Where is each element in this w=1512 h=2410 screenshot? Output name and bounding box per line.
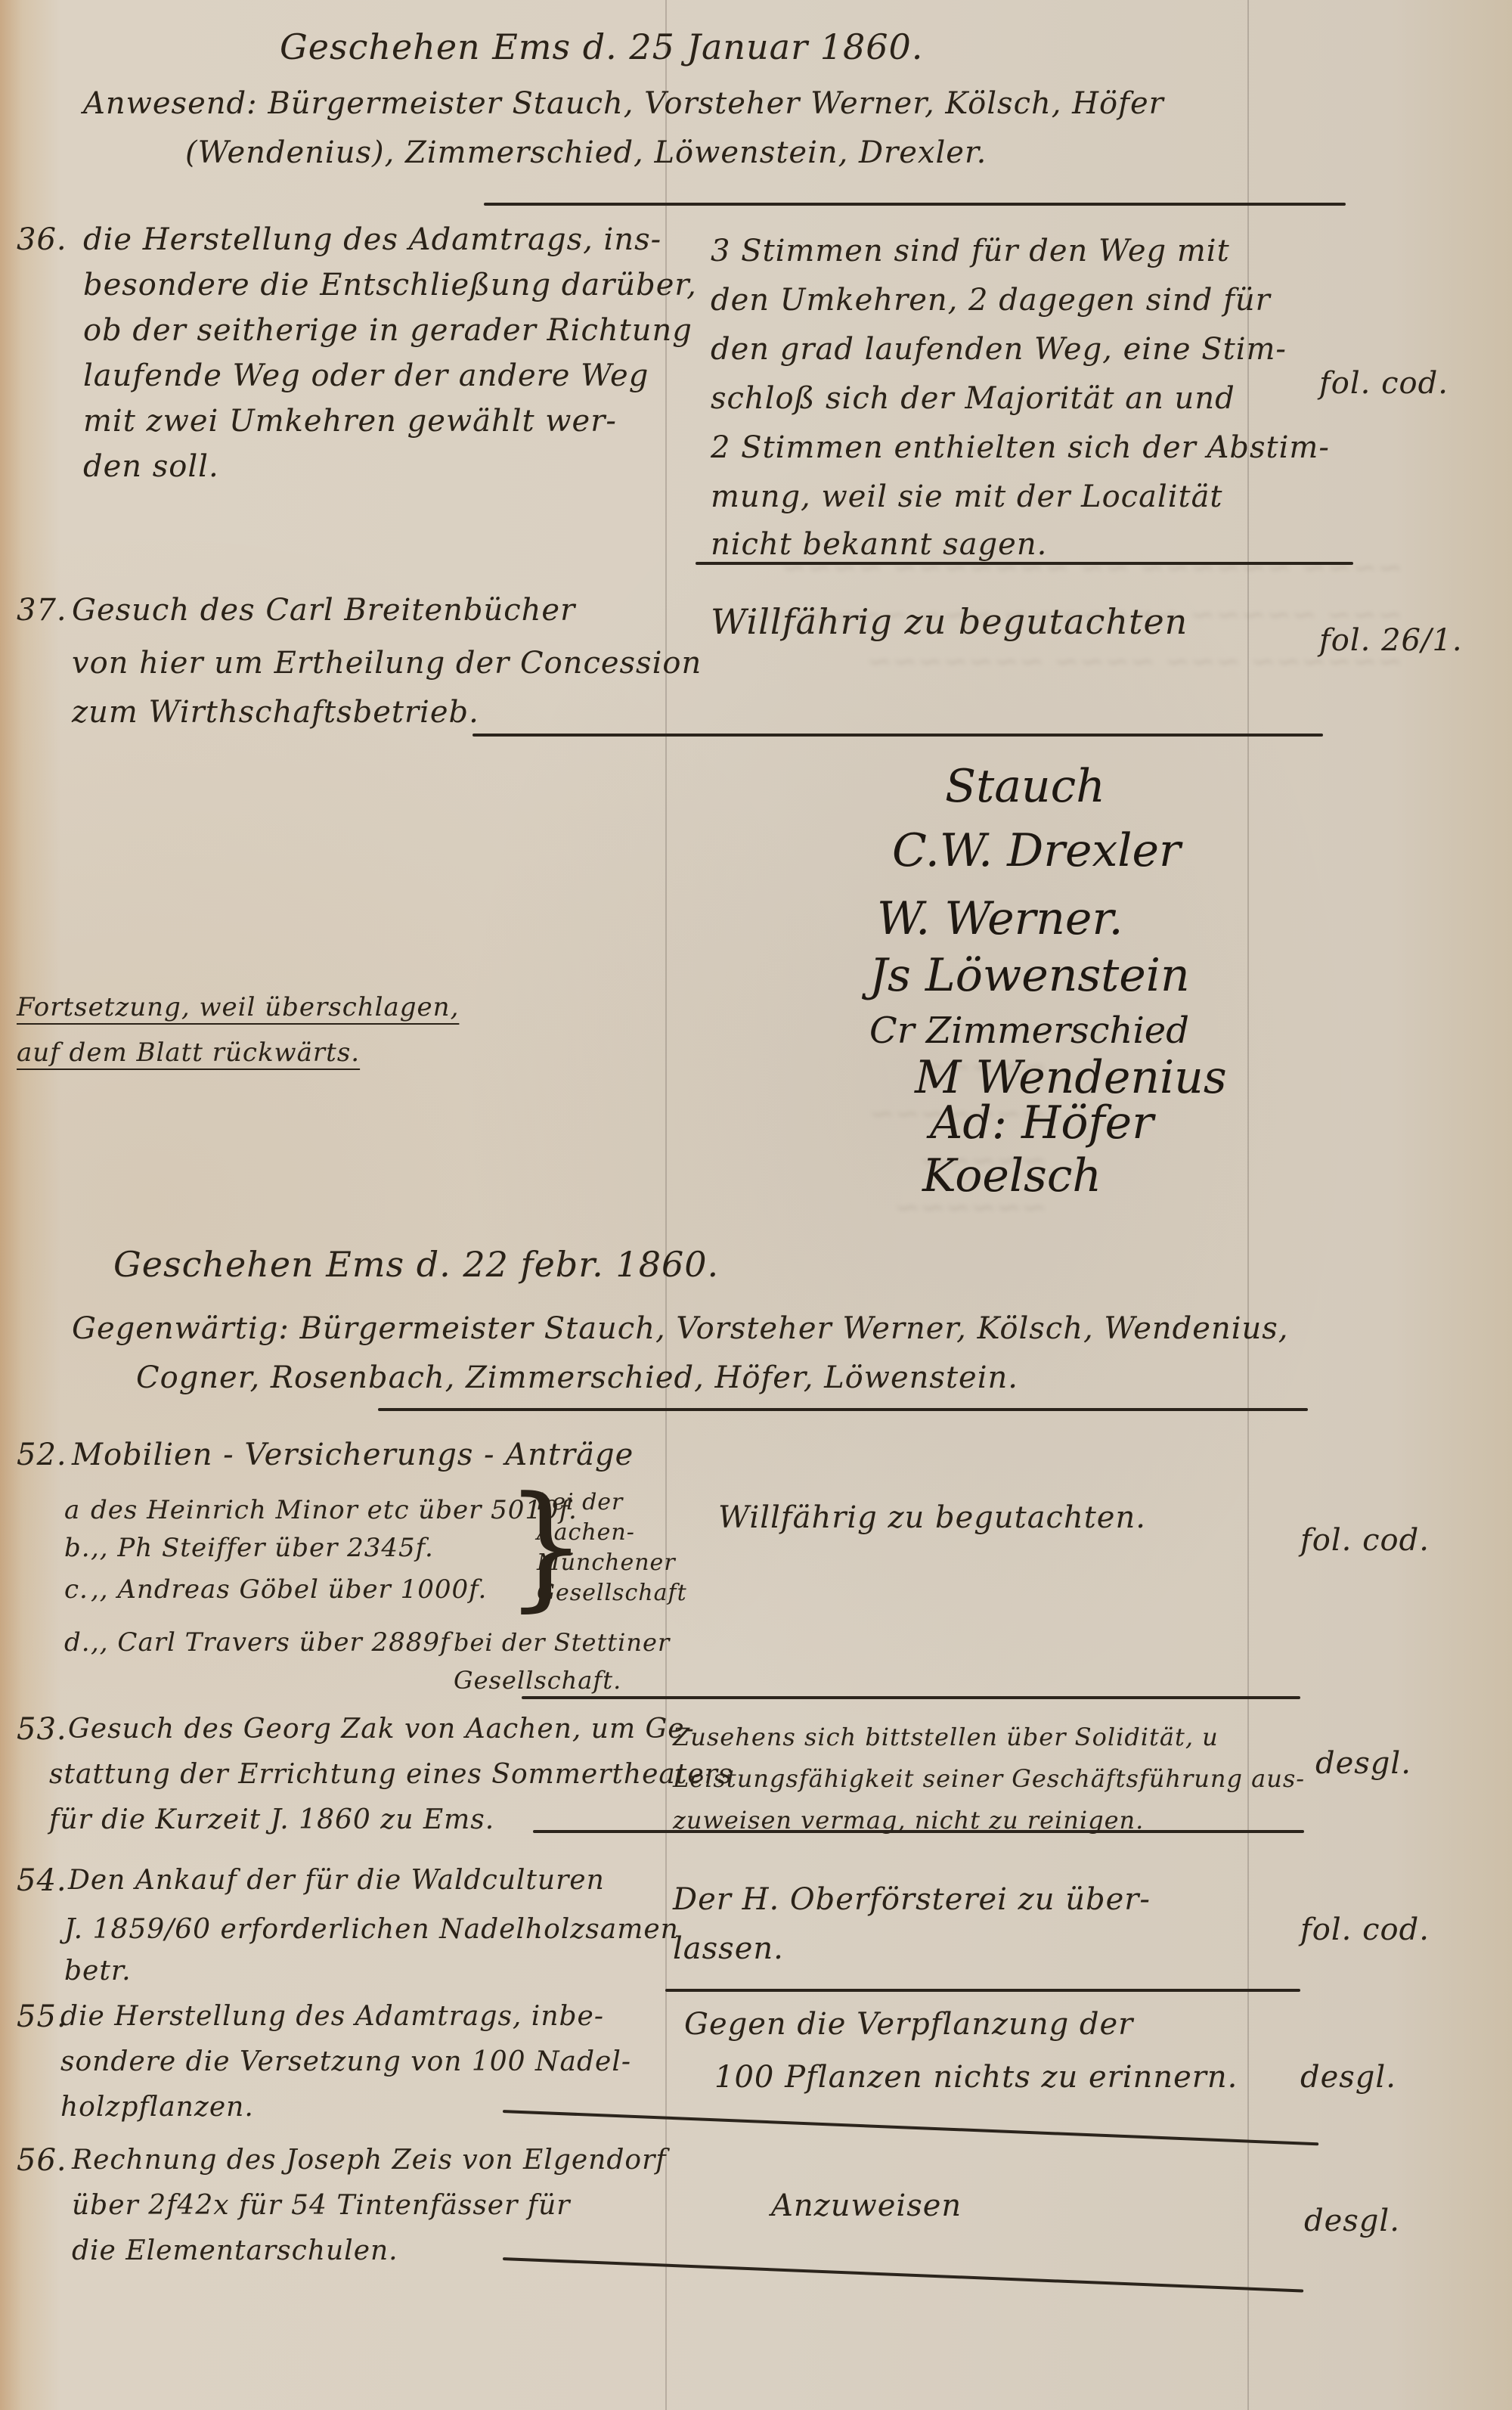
signature: C.W. Drexler bbox=[892, 824, 1181, 877]
item-52-resolution: Willfährig zu begutachten. bbox=[718, 1493, 1146, 1542]
session1-heading: Geschehen Ems d. 25 Januar 1860. bbox=[280, 23, 923, 71]
signature: Cr Zimmerschied bbox=[869, 1010, 1189, 1052]
item-37-resolution: Willfährig zu begutachten bbox=[711, 597, 1188, 646]
item-number: 52. bbox=[17, 1431, 67, 1479]
item-number: 55. bbox=[17, 1993, 67, 2041]
item-number: 37. bbox=[17, 586, 67, 634]
item-reference: fol. 26/1. bbox=[1319, 616, 1463, 665]
column-rule-left bbox=[665, 0, 667, 2410]
session1-attendance: Anwesend: Bürgermeister Stauch, Vorstehe… bbox=[83, 79, 1164, 128]
manuscript-page: ~~~~ ~~~~~~ ~~ ~~~~~~~ ~~~~ ~~~ ~~~~~ ~~… bbox=[0, 0, 1512, 2410]
item-reference: desgl. bbox=[1315, 1739, 1411, 1788]
separator-rule bbox=[533, 1830, 1304, 1833]
item-number: 36. bbox=[17, 216, 67, 264]
signature: Js Löwenstein bbox=[869, 949, 1190, 1002]
separator-rule bbox=[665, 1989, 1300, 1992]
session2-attendance: Cogner, Rosenbach, Zimmerschied, Höfer, … bbox=[136, 1354, 1018, 1402]
session1-attendance: (Wendenius), Zimmerschied, Löwenstein, D… bbox=[185, 129, 987, 177]
item-number: 56. bbox=[17, 2136, 67, 2185]
item-reference: fol. cod. bbox=[1319, 359, 1448, 408]
separator-rule bbox=[522, 1696, 1300, 1699]
item-number: 54. bbox=[17, 1856, 67, 1905]
separator-rule bbox=[484, 203, 1346, 206]
item-reference: fol. cod. bbox=[1300, 1906, 1430, 1954]
session2-heading: Geschehen Ems d. 22 febr. 1860. bbox=[113, 1240, 719, 1289]
signature: W. Werner. bbox=[877, 892, 1123, 945]
separator-rule bbox=[378, 1408, 1308, 1411]
item-reference: desgl. bbox=[1304, 2197, 1400, 2245]
item-reference: desgl. bbox=[1300, 2053, 1396, 2101]
separator-rule bbox=[696, 562, 1353, 565]
item-reference: fol. cod. bbox=[1300, 1516, 1430, 1565]
item-56-resolution: Anzuweisen bbox=[771, 2182, 962, 2230]
signature: Ad: Höfer bbox=[930, 1096, 1154, 1149]
session2-attendance: Gegenwärtig: Bürgermeister Stauch, Vorst… bbox=[72, 1304, 1289, 1353]
item-number: 53. bbox=[17, 1705, 67, 1754]
signature: Koelsch bbox=[922, 1149, 1101, 1202]
signature: Stauch bbox=[945, 760, 1105, 813]
separator-rule bbox=[472, 734, 1323, 737]
separator-rule bbox=[503, 2257, 1303, 2293]
